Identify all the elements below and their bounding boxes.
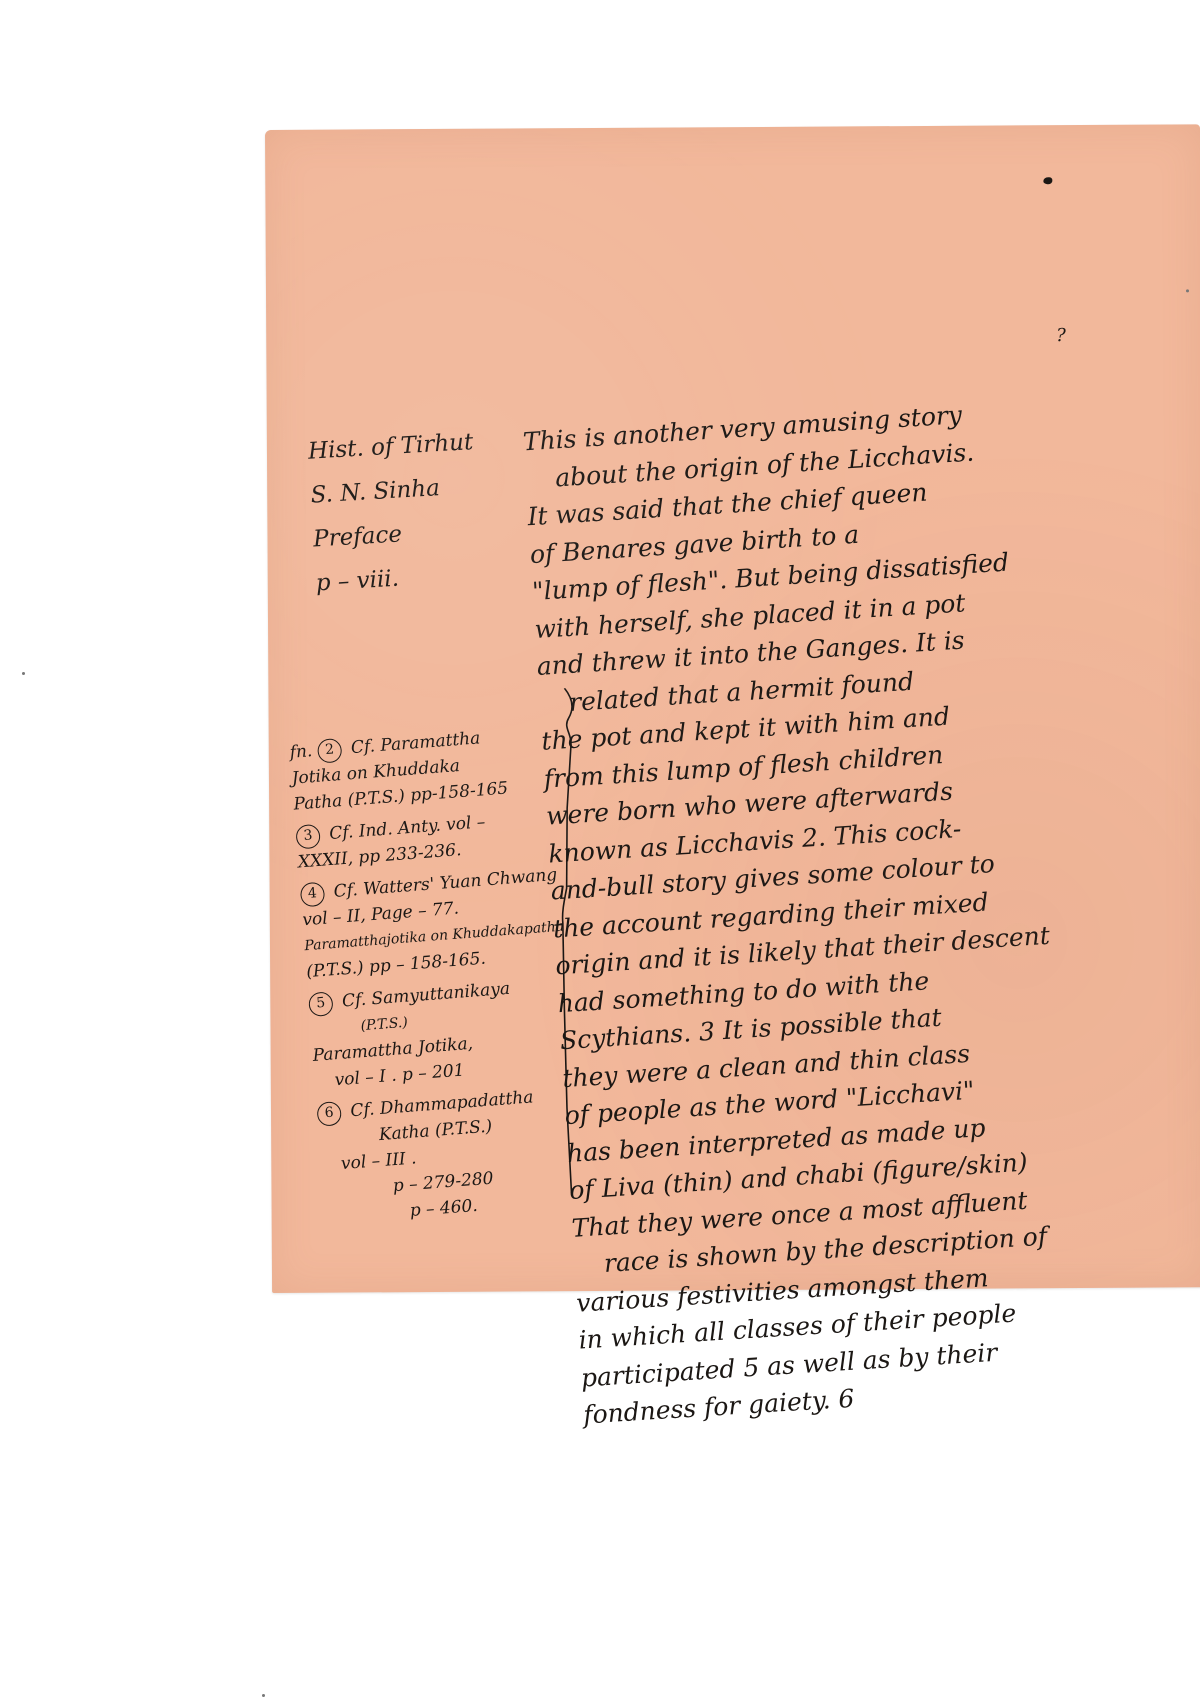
footnote-number-circle: 2 (317, 737, 343, 763)
footnote-2: fn. 2 Cf. Paramattha Jotika on Khuddaka … (289, 719, 574, 818)
manuscript-sheet: ? Hist. of Tirhut S. N. Sinha Preface p … (265, 124, 1200, 1293)
scanned-page: ? Hist. of Tirhut S. N. Sinha Preface p … (0, 0, 1200, 1697)
question-mark: ? (1056, 325, 1066, 346)
paper-speck (1186, 289, 1189, 292)
footnote-number-circle: 3 (295, 823, 321, 849)
ink-blot-mark (1043, 177, 1052, 184)
footnote-number-circle: 5 (308, 991, 334, 1017)
footnote-number-circle: 6 (316, 1100, 342, 1126)
margin-reference: Hist. of Tirhut S. N. Sinha Preface p – … (307, 417, 537, 606)
main-text-body: This is another very amusing story about… (522, 387, 1174, 1434)
background-speck (22, 672, 25, 675)
footnote-4: 4 Cf. Watters' Yuan Chwang vol – II, Pag… (299, 860, 586, 985)
footnote-number-circle: 4 (300, 881, 326, 907)
footnote-5: 5 Cf. Samyuttanikaya (P.T.S.) Paramattha… (308, 970, 595, 1095)
footnote-prefix: fn. (289, 741, 313, 763)
